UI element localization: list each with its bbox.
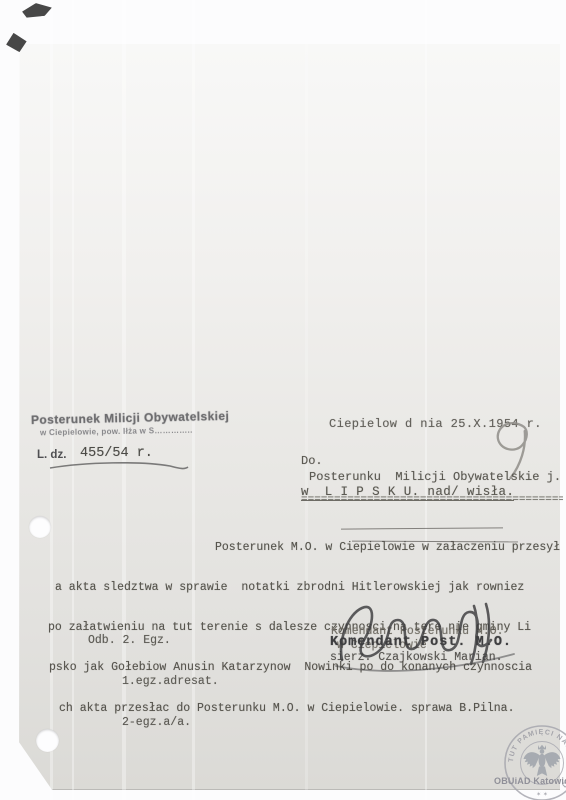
copies-line: Odb. 2. Egz.: [88, 634, 219, 648]
document-content: Posterunek Milicji Obywatelskiej w Ciepi…: [0, 0, 566, 800]
body-line: Posterunek M.O. w Ciepielowie w załaczen…: [215, 541, 560, 554]
reference-underline: [46, 458, 196, 476]
copies-line: 1.egz.adresat.: [122, 675, 219, 689]
seal-caption: OBUiAD Katowice: [494, 776, 566, 786]
signature-scrawl: [328, 598, 528, 682]
corner-artifact-icon: [5, 32, 28, 53]
seal-ornament: ✶ ✶: [536, 791, 548, 798]
corner-artifact-icon: [21, 1, 53, 20]
copies-block: Odb. 2. Egz. 1.egz.adresat. 2-egz.a/a.: [88, 607, 219, 757]
recipient-salutation: Do.: [301, 454, 323, 468]
body-line: a akta sledztwa w sprawie notatki zbrodn…: [55, 581, 560, 594]
eagle-icon: [524, 745, 561, 776]
scanned-document-page: Posterunek Milicji Obywatelskiej w Ciepi…: [0, 0, 566, 800]
sender-stamp-line1: Posterunek Milicji Obywatelskiej: [31, 409, 229, 427]
sender-stamp-line2: w Ciepielowie, pow. Iłża w S…………..: [40, 426, 193, 438]
copies-line: 2-egz.a/a.: [122, 716, 219, 730]
archive-seal-icon: INSTYTUT PAMIĘCI NARODOWEJ ✶ ✶: [497, 722, 566, 800]
recipient-line1: Posterunku Milicji Obywatelskie j.: [309, 470, 561, 484]
recipient-rule: ========================================…: [301, 494, 563, 506]
